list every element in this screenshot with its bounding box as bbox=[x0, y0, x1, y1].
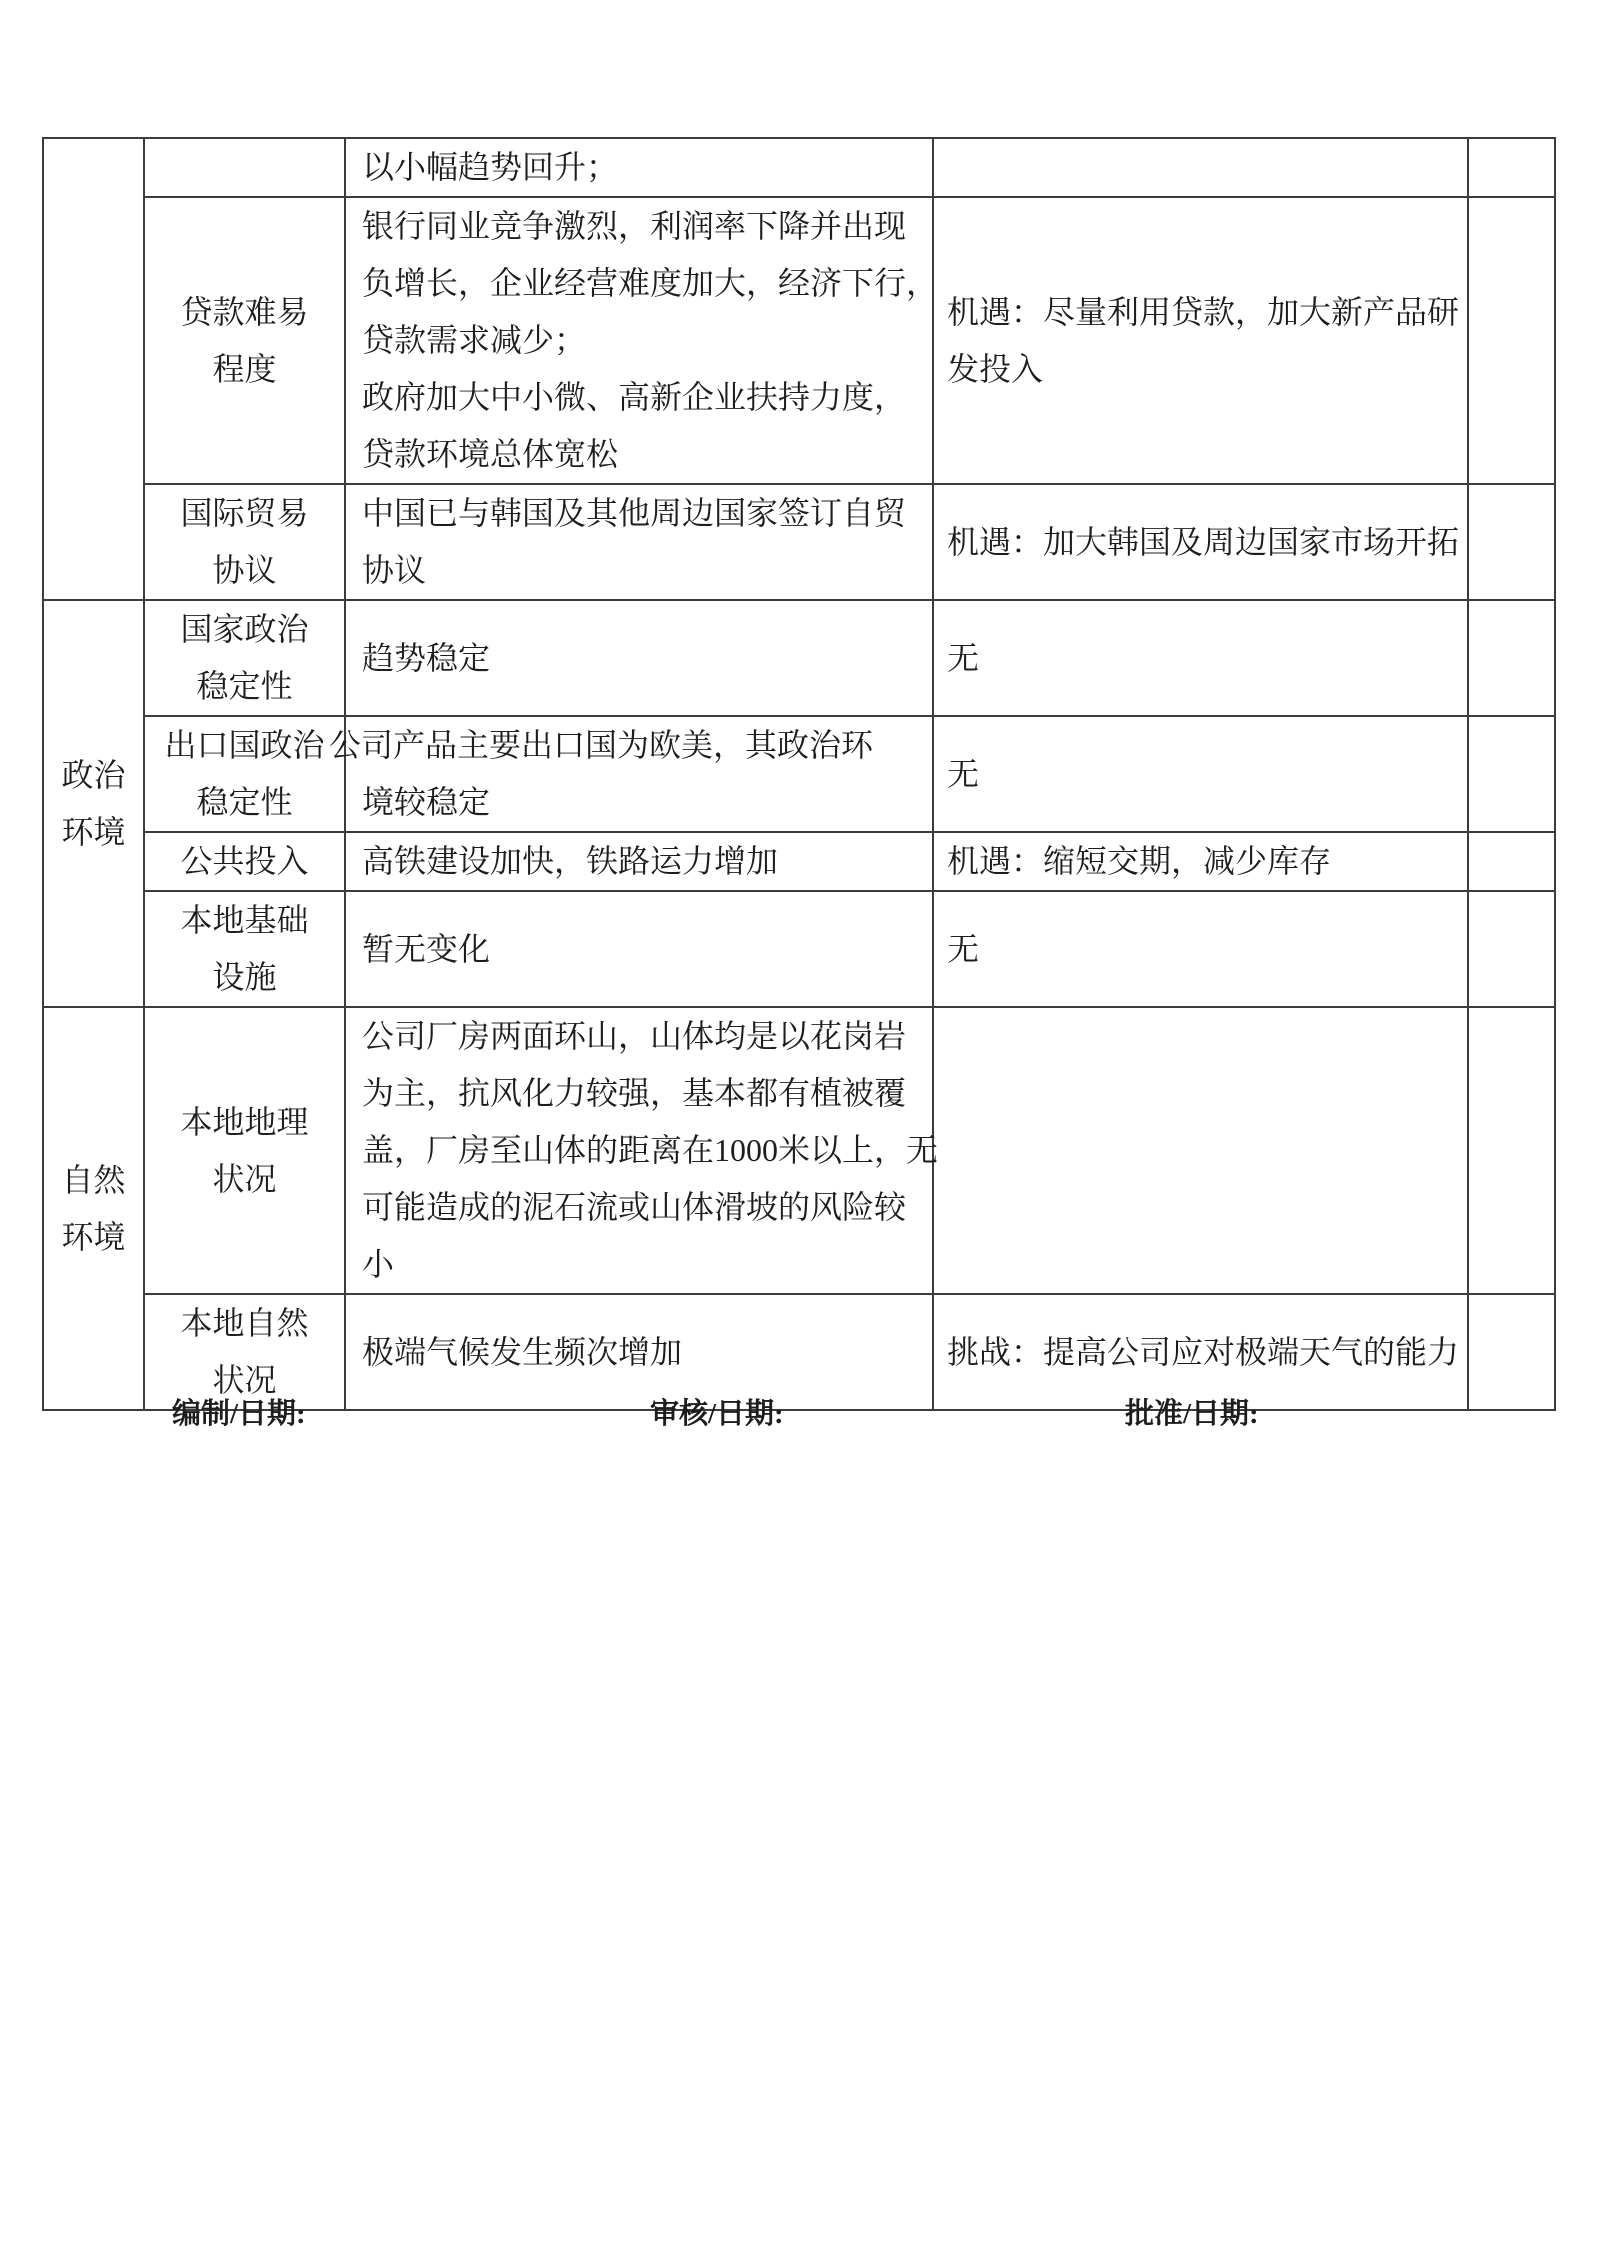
response-cell-none: 无 bbox=[933, 600, 1468, 716]
description-cell: 银行同业竞争激烈，利润率下降并出现负增长，企业经营难度加大，经济下行，贷款需求减… bbox=[345, 197, 933, 484]
table-row: 以小幅趋势回升； bbox=[43, 138, 1555, 197]
response-cell-empty bbox=[933, 138, 1468, 197]
factor-cell-empty bbox=[144, 138, 345, 197]
category-cell-political-environment: 政治环境 bbox=[43, 600, 144, 1007]
table-row: 自然环境 本地地理状况 公司厂房两面环山，山体均是以花岗岩为主，抗风化力较强，基… bbox=[43, 1007, 1555, 1294]
description-cell: 趋势稳定 bbox=[345, 600, 933, 716]
factor-cell-trade-agreements: 国际贸易协议 bbox=[144, 484, 345, 600]
description-cell: 暂无变化 bbox=[345, 891, 933, 1007]
response-cell-none: 无 bbox=[933, 891, 1468, 1007]
approved-date-label: 批准/日期: bbox=[1125, 1396, 1259, 1432]
table-row: 出口国政治稳定性 公司产品主要出口国为欧美，其政治环境较稳定 无 bbox=[43, 716, 1555, 832]
category-cell-natural-environment: 自然环境 bbox=[43, 1007, 144, 1410]
response-cell-empty bbox=[933, 1007, 1468, 1294]
factor-cell-export-country-political-stability: 出口国政治稳定性 bbox=[144, 716, 345, 832]
note-cell bbox=[1468, 484, 1555, 600]
table-row: 公共投入 高铁建设加快，铁路运力增加 机遇：缩短交期，减少库存 bbox=[43, 832, 1555, 891]
note-cell bbox=[1468, 1007, 1555, 1294]
table-row: 国际贸易协议 中国已与韩国及其他周边国家签订自贸协议 机遇：加大韩国及周边国家市… bbox=[43, 484, 1555, 600]
factor-cell-loan-difficulty: 贷款难易程度 bbox=[144, 197, 345, 484]
note-cell bbox=[1468, 138, 1555, 197]
table-row: 贷款难易程度 银行同业竞争激烈，利润率下降并出现负增长，企业经营难度加大，经济下… bbox=[43, 197, 1555, 484]
description-cell: 中国已与韩国及其他周边国家签订自贸协议 bbox=[345, 484, 933, 600]
note-cell bbox=[1468, 1294, 1555, 1410]
description-cell: 公司厂房两面环山，山体均是以花岗岩为主，抗风化力较强，基本都有植被覆盖，厂房至山… bbox=[345, 1007, 933, 1294]
factor-cell-local-geography: 本地地理状况 bbox=[144, 1007, 345, 1294]
prepared-date-label: 编制/日期: bbox=[172, 1396, 306, 1432]
response-cell-opportunity: 机遇：尽量利用贷款，加大新产品研发投入 bbox=[933, 197, 1468, 484]
description-cell: 高铁建设加快，铁路运力增加 bbox=[345, 832, 933, 891]
table-row: 政治环境 国家政治稳定性 趋势稳定 无 bbox=[43, 600, 1555, 716]
category-cell-empty bbox=[43, 138, 144, 600]
environment-analysis-table: 以小幅趋势回升； 贷款难易程度 银行同业竞争激烈，利润率下降并出现负增长，企业经… bbox=[42, 137, 1556, 1411]
factor-cell-local-infrastructure: 本地基础设施 bbox=[144, 891, 345, 1007]
note-cell bbox=[1468, 600, 1555, 716]
document-page: 以小幅趋势回升； 贷款难易程度 银行同业竞争激烈，利润率下降并出现负增长，企业经… bbox=[0, 0, 1599, 2260]
reviewed-date-label: 审核/日期: bbox=[650, 1396, 784, 1432]
description-cell: 公司产品主要出口国为欧美，其政治环境较稳定 bbox=[345, 716, 933, 832]
description-cell: 以小幅趋势回升； bbox=[345, 138, 933, 197]
factor-cell-public-investment: 公共投入 bbox=[144, 832, 345, 891]
response-cell-opportunity: 机遇：加大韩国及周边国家市场开拓 bbox=[933, 484, 1468, 600]
response-cell-challenge: 挑战：提高公司应对极端天气的能力 bbox=[933, 1294, 1468, 1410]
response-cell-none: 无 bbox=[933, 716, 1468, 832]
factor-cell-national-political-stability: 国家政治稳定性 bbox=[144, 600, 345, 716]
description-cell: 极端气候发生频次增加 bbox=[345, 1294, 933, 1410]
note-cell bbox=[1468, 891, 1555, 1007]
response-cell-opportunity: 机遇：缩短交期，减少库存 bbox=[933, 832, 1468, 891]
table-row: 本地基础设施 暂无变化 无 bbox=[43, 891, 1555, 1007]
factor-cell-local-natural-conditions: 本地自然状况 bbox=[144, 1294, 345, 1410]
note-cell bbox=[1468, 197, 1555, 484]
table-row: 本地自然状况 极端气候发生频次增加 挑战：提高公司应对极端天气的能力 bbox=[43, 1294, 1555, 1410]
note-cell bbox=[1468, 832, 1555, 891]
note-cell bbox=[1468, 716, 1555, 832]
